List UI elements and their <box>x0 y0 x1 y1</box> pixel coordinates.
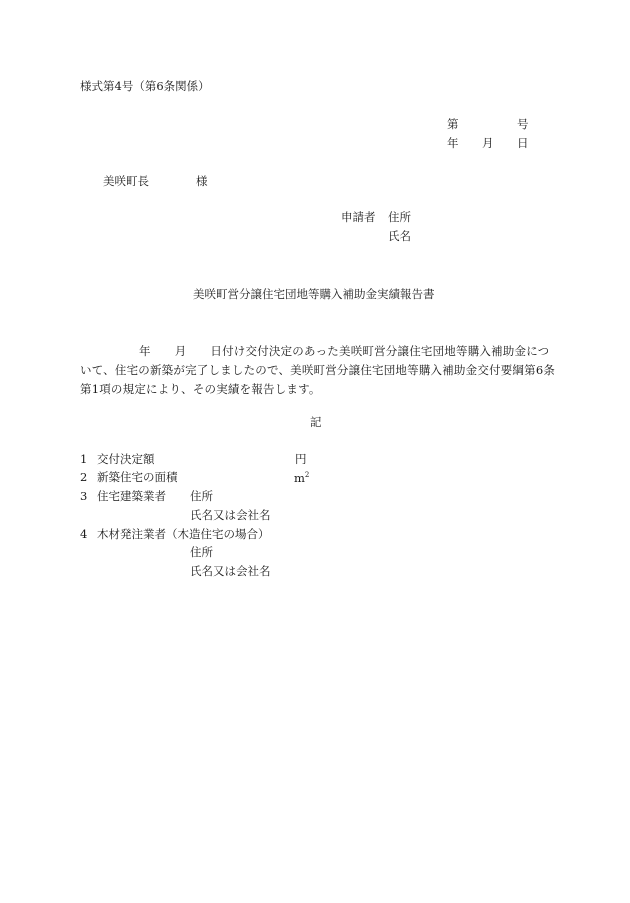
item-2-number: 2 <box>80 472 87 484</box>
document-page: 様式第4号（第6条関係） 第 号 年 月 日 美咲町長 様 申請者 住所 氏名 … <box>0 0 630 903</box>
date-day: 日 <box>517 138 529 150</box>
ki-heading: 記 <box>310 417 322 429</box>
form-number: 様式第4号（第6条関係） <box>80 81 210 93</box>
item-1-number: 1 <box>80 454 87 466</box>
item-1-unit: 円 <box>295 454 307 466</box>
date-year: 年 <box>447 138 459 150</box>
item-3-name-label: 氏名又は会社名 <box>190 510 271 522</box>
item-1-label: 交付決定額 <box>97 454 155 466</box>
item-4-name-label: 氏名又は会社名 <box>190 566 271 578</box>
body-year: 年 <box>139 344 151 358</box>
body-month: 月 <box>175 344 187 358</box>
item-2-label: 新築住宅の面積 <box>97 472 178 484</box>
reference-number-suffix: 号 <box>517 119 529 131</box>
item-2-unit: m2 <box>294 472 309 484</box>
item-3-address-label: 住所 <box>190 491 213 503</box>
body-line-2: いて、住宅の新築が完了しましたので、美咲町営分譲住宅団地等購入補助金交付要綱第6… <box>80 361 556 380</box>
body-line-3: 第1項の規定により、その実績を報告します。 <box>80 380 556 399</box>
item-3-label: 住宅建築業者 <box>97 491 166 503</box>
body-line-1-text: 日付け交付決定のあった美咲町営分譲住宅団地等購入補助金につ <box>210 344 549 358</box>
reference-number-prefix: 第 <box>447 119 459 131</box>
item-4-label: 木材発注業者（木造住宅の場合） <box>97 529 270 541</box>
body-line-1: 年月日付け交付決定のあった美咲町営分譲住宅団地等購入補助金につ <box>80 342 556 361</box>
item-2-unit-base: m <box>294 471 305 485</box>
item-4-number: 4 <box>80 529 87 541</box>
addressee-name: 美咲町長 <box>103 176 149 188</box>
item-2-unit-superscript: 2 <box>305 471 309 479</box>
applicant-address-label: 住所 <box>388 212 411 224</box>
body-paragraph: 年月日付け交付決定のあった美咲町営分譲住宅団地等購入補助金につ いて、住宅の新築… <box>80 342 556 399</box>
date-month: 月 <box>482 138 494 150</box>
item-3-number: 3 <box>80 491 87 503</box>
item-4-address-label: 住所 <box>190 547 213 559</box>
applicant-name-label: 氏名 <box>388 231 411 243</box>
applicant-label: 申請者 <box>341 212 376 224</box>
document-title: 美咲町営分譲住宅団地等購入補助金実績報告書 <box>193 289 435 301</box>
addressee-honorific: 様 <box>196 176 208 188</box>
